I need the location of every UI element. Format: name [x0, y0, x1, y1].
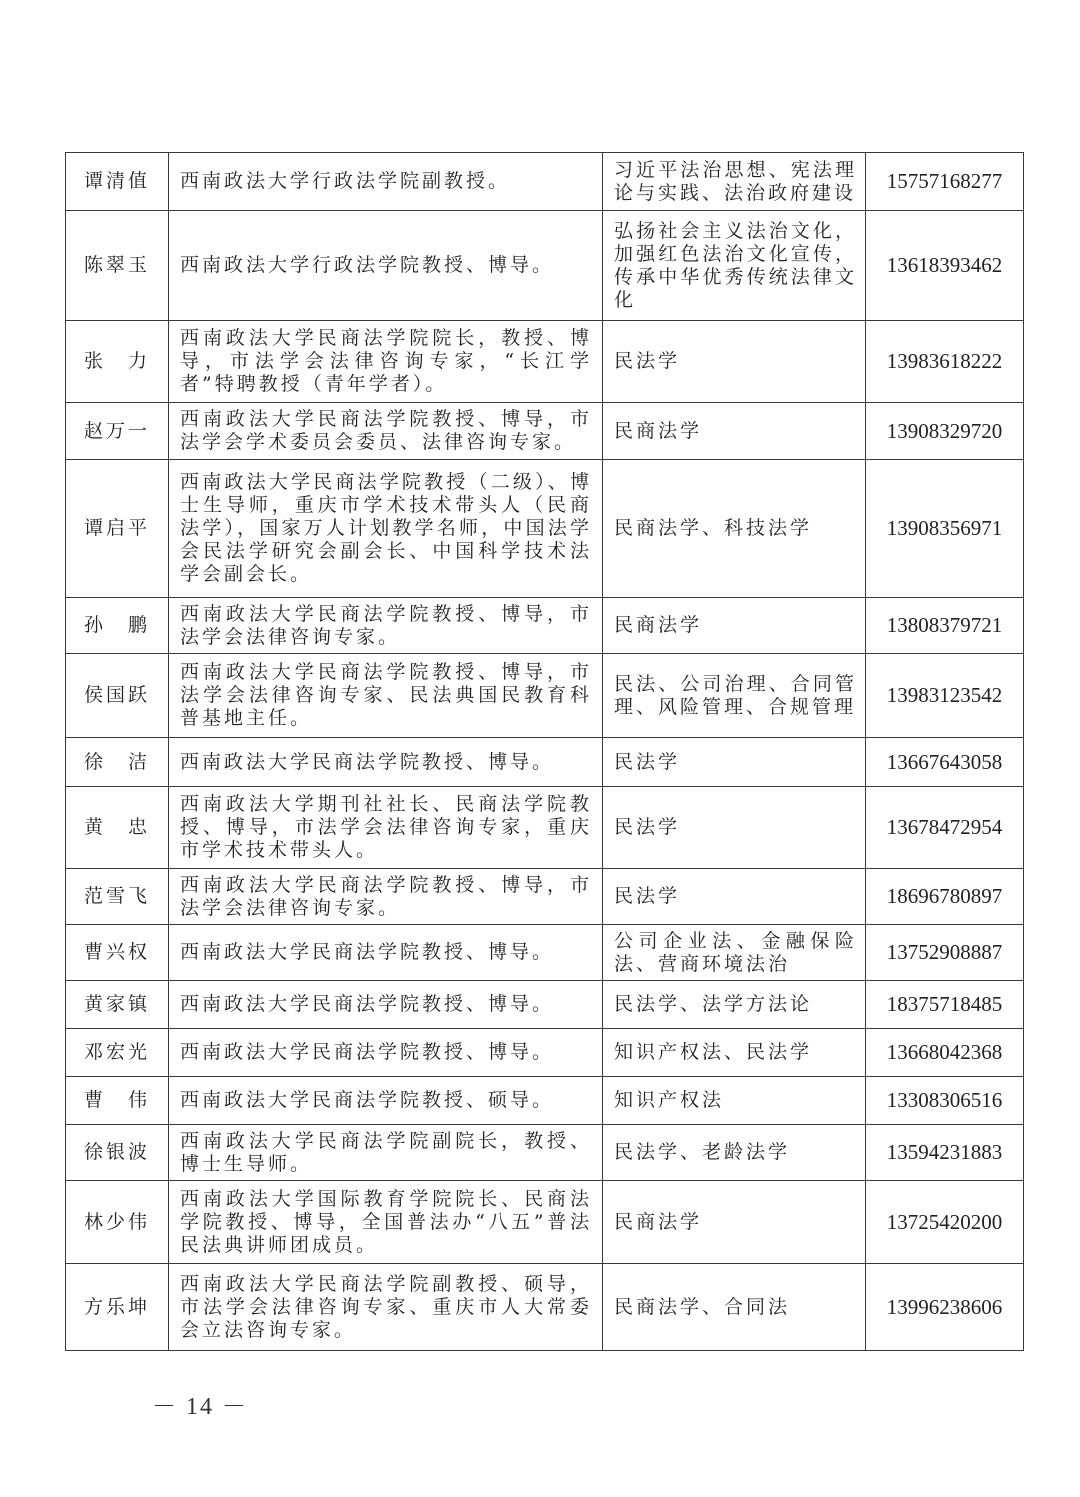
- expert-field-cell: 习近平法治思想、宪法理论与实践、法治政府建设: [603, 153, 866, 211]
- expert-field: 民法、公司治理、合同管理、风险管理、合规管理: [614, 673, 857, 718]
- expert-phone: 13618393462: [887, 253, 1003, 277]
- table-row: 孙 鹏 西南政法大学民商法学院教授、博导，市法学会法律咨询专家。 民商法学 13…: [66, 598, 1024, 654]
- expert-field: 民商法学: [614, 1211, 702, 1233]
- expert-name-cell: 谭启平: [66, 460, 169, 598]
- table-row: 侯国跃 西南政法大学民商法学院教授、博导，市法学会法律咨询专家、民法典国民教育科…: [66, 654, 1024, 738]
- expert-title: 西南政法大学民商法学院副教授、硕导，市法学会法律咨询专家、重庆市人大常委会立法咨…: [180, 1273, 592, 1341]
- table-row: 曹兴权 西南政法大学民商法学院教授、博导。 公司企业法、金融保险法、营商环境法治…: [66, 925, 1024, 981]
- expert-field-cell: 知识产权法: [603, 1077, 866, 1125]
- expert-phone: 13808379721: [887, 613, 1003, 637]
- expert-field-cell: 民法学、老龄法学: [603, 1125, 866, 1181]
- expert-title-cell: 西南政法大学民商法学院教授、博导，市法学会法律咨询专家、民法典国民教育科普基地主…: [169, 654, 603, 738]
- expert-phone-cell: 13808379721: [866, 598, 1024, 654]
- expert-phone-cell: 13983123542: [866, 654, 1024, 738]
- expert-title-cell: 西南政法大学民商法学院副院长，教授、博士生导师。: [169, 1125, 603, 1181]
- expert-field: 公司企业法、金融保险法、营商环境法治: [614, 930, 857, 975]
- table-row: 黄家镇 西南政法大学民商法学院教授、博导。 民法学、法学方法论 18375718…: [66, 981, 1024, 1029]
- expert-title: 西南政法大学民商法学院副院长，教授、博士生导师。: [180, 1130, 592, 1175]
- expert-phone-cell: 13308306516: [866, 1077, 1024, 1125]
- expert-title: 西南政法大学民商法学院教授、硕导。: [180, 1089, 554, 1111]
- expert-title-cell: 西南政法大学期刊社社长、民商法学院教授、博导，市法学会法律咨询专家，重庆市学术技…: [169, 787, 603, 869]
- expert-name: 张 力: [84, 350, 150, 372]
- expert-name: 曹 伟: [84, 1089, 150, 1111]
- expert-name: 赵万一: [84, 420, 150, 442]
- expert-name: 曹兴权: [84, 941, 150, 963]
- expert-phone: 13752908887: [887, 940, 1003, 964]
- expert-field-cell: 民商法学、科技法学: [603, 460, 866, 598]
- expert-field-cell: 公司企业法、金融保险法、营商环境法治: [603, 925, 866, 981]
- expert-name-cell: 曹 伟: [66, 1077, 169, 1125]
- expert-phone-cell: 13594231883: [866, 1125, 1024, 1181]
- expert-field-cell: 民法学: [603, 869, 866, 925]
- expert-phone: 18696780897: [887, 884, 1003, 908]
- expert-field-cell: 民法学: [603, 787, 866, 869]
- expert-phone-cell: 13908356971: [866, 460, 1024, 598]
- table-body: 谭清值 西南政法大学行政法学院副教授。 习近平法治思想、宪法理论与实践、法治政府…: [66, 153, 1024, 1351]
- expert-name-cell: 邓宏光: [66, 1029, 169, 1077]
- table-row: 徐银波 西南政法大学民商法学院副院长，教授、博士生导师。 民法学、老龄法学 13…: [66, 1125, 1024, 1181]
- expert-phone: 13678472954: [887, 815, 1003, 839]
- expert-field: 民法学: [614, 816, 680, 838]
- expert-title: 西南政法大学民商法学院教授、博导，市法学会法律咨询专家。: [180, 874, 592, 919]
- expert-field-cell: 知识产权法、民法学: [603, 1029, 866, 1077]
- expert-title: 西南政法大学民商法学院教授、博导。: [180, 941, 554, 963]
- expert-name-cell: 徐银波: [66, 1125, 169, 1181]
- expert-title: 西南政法大学期刊社社长、民商法学院教授、博导，市法学会法律咨询专家，重庆市学术技…: [180, 793, 592, 861]
- expert-field-cell: 民商法学: [603, 598, 866, 654]
- expert-name-cell: 陈翠玉: [66, 211, 169, 321]
- expert-name-cell: 赵万一: [66, 403, 169, 460]
- expert-field: 民法学、法学方法论: [614, 993, 812, 1015]
- expert-name-cell: 林少伟: [66, 1181, 169, 1264]
- expert-name-cell: 徐 洁: [66, 738, 169, 787]
- expert-phone: 13667643058: [887, 750, 1003, 774]
- expert-phone: 18375718485: [887, 992, 1003, 1016]
- expert-phone: 13983123542: [887, 683, 1003, 707]
- expert-name: 范雪飞: [84, 885, 150, 907]
- expert-field: 弘扬社会主义法治文化，加强红色法治文化宣传，传承中华优秀传统法律文化: [614, 220, 857, 311]
- expert-field-cell: 民法、公司治理、合同管理、风险管理、合规管理: [603, 654, 866, 738]
- expert-field: 民法学: [614, 751, 680, 773]
- expert-phone-cell: 15757168277: [866, 153, 1024, 211]
- page-number: － 14 －: [152, 1386, 248, 1421]
- expert-phone-cell: 13908329720: [866, 403, 1024, 460]
- expert-phone-cell: 18375718485: [866, 981, 1024, 1029]
- expert-phone: 13594231883: [887, 1140, 1003, 1164]
- table-row: 曹 伟 西南政法大学民商法学院教授、硕导。 知识产权法 13308306516: [66, 1077, 1024, 1125]
- expert-name-cell: 谭清值: [66, 153, 169, 211]
- expert-name: 谭启平: [84, 517, 150, 539]
- expert-title-cell: 西南政法大学国际教育学院院长、民商法学院教授、博导，全国普法办“八五”普法民法典…: [169, 1181, 603, 1264]
- expert-field: 民法学: [614, 350, 680, 372]
- expert-title-cell: 西南政法大学民商法学院教授、硕导。: [169, 1077, 603, 1125]
- expert-phone-cell: 18696780897: [866, 869, 1024, 925]
- expert-phone-cell: 13983618222: [866, 321, 1024, 403]
- expert-title: 西南政法大学民商法学院教授、博导。: [180, 1041, 554, 1063]
- expert-field: 习近平法治思想、宪法理论与实践、法治政府建设: [614, 159, 857, 204]
- expert-field-cell: 民法学、法学方法论: [603, 981, 866, 1029]
- expert-field: 民法学、老龄法学: [614, 1141, 790, 1163]
- expert-name: 方乐坤: [84, 1296, 150, 1318]
- expert-phone: 15757168277: [887, 169, 1003, 193]
- expert-name: 黄家镇: [84, 993, 150, 1015]
- expert-field-cell: 民商法学: [603, 403, 866, 460]
- expert-title-cell: 西南政法大学行政法学院副教授。: [169, 153, 603, 211]
- expert-phone-cell: 13996238606: [866, 1264, 1024, 1351]
- expert-title-cell: 西南政法大学民商法学院院长，教授、博导，市法学会法律咨询专家，“长江学者”特聘教…: [169, 321, 603, 403]
- table-row: 徐 洁 西南政法大学民商法学院教授、博导。 民法学 13667643058: [66, 738, 1024, 787]
- table-row: 张 力 西南政法大学民商法学院院长，教授、博导，市法学会法律咨询专家，“长江学者…: [66, 321, 1024, 403]
- expert-phone: 13908356971: [887, 516, 1003, 540]
- table-row: 邓宏光 西南政法大学民商法学院教授、博导。 知识产权法、民法学 13668042…: [66, 1029, 1024, 1077]
- expert-field: 民商法学: [614, 420, 702, 442]
- expert-name-cell: 孙 鹏: [66, 598, 169, 654]
- expert-field: 民商法学、合同法: [614, 1296, 790, 1318]
- table-row: 黄 忠 西南政法大学期刊社社长、民商法学院教授、博导，市法学会法律咨询专家，重庆…: [66, 787, 1024, 869]
- expert-name-cell: 黄家镇: [66, 981, 169, 1029]
- expert-phone: 13668042368: [887, 1040, 1003, 1064]
- expert-name: 陈翠玉: [84, 254, 150, 276]
- expert-title: 西南政法大学民商法学院教授、博导，市法学会法律咨询专家。: [180, 603, 592, 648]
- expert-title: 西南政法大学民商法学院教授、博导。: [180, 993, 554, 1015]
- table-row: 方乐坤 西南政法大学民商法学院副教授、硕导，市法学会法律咨询专家、重庆市人大常委…: [66, 1264, 1024, 1351]
- expert-title-cell: 西南政法大学行政法学院教授、博导。: [169, 211, 603, 321]
- expert-title: 西南政法大学国际教育学院院长、民商法学院教授、博导，全国普法办“八五”普法民法典…: [180, 1188, 592, 1256]
- expert-title-cell: 西南政法大学民商法学院教授、博导。: [169, 1029, 603, 1077]
- expert-field: 民商法学: [614, 614, 702, 636]
- expert-phone-cell: 13668042368: [866, 1029, 1024, 1077]
- expert-title-cell: 西南政法大学民商法学院教授（二级）、博士生导师，重庆市学术技术带头人（民商法学）…: [169, 460, 603, 598]
- expert-name-cell: 范雪飞: [66, 869, 169, 925]
- expert-contact-table: 谭清值 西南政法大学行政法学院副教授。 习近平法治思想、宪法理论与实践、法治政府…: [65, 152, 1024, 1351]
- table-row: 范雪飞 西南政法大学民商法学院教授、博导，市法学会法律咨询专家。 民法学 186…: [66, 869, 1024, 925]
- expert-name-cell: 黄 忠: [66, 787, 169, 869]
- expert-field-cell: 民法学: [603, 321, 866, 403]
- expert-phone-cell: 13618393462: [866, 211, 1024, 321]
- expert-title-cell: 西南政法大学民商法学院教授、博导，市法学会学术委员会委员、法律咨询专家。: [169, 403, 603, 460]
- expert-field-cell: 民商法学: [603, 1181, 866, 1264]
- expert-field: 知识产权法: [614, 1089, 724, 1111]
- expert-field: 民商法学、科技法学: [614, 517, 812, 539]
- expert-name-cell: 侯国跃: [66, 654, 169, 738]
- expert-field-cell: 弘扬社会主义法治文化，加强红色法治文化宣传，传承中华优秀传统法律文化: [603, 211, 866, 321]
- expert-name: 林少伟: [84, 1211, 150, 1233]
- expert-name: 孙 鹏: [84, 614, 150, 636]
- expert-title-cell: 西南政法大学民商法学院教授、博导，市法学会法律咨询专家。: [169, 869, 603, 925]
- table-row: 陈翠玉 西南政法大学行政法学院教授、博导。 弘扬社会主义法治文化，加强红色法治文…: [66, 211, 1024, 321]
- expert-title: 西南政法大学行政法学院教授、博导。: [180, 254, 554, 276]
- expert-title-cell: 西南政法大学民商法学院教授、博导。: [169, 981, 603, 1029]
- expert-field: 民法学: [614, 885, 680, 907]
- expert-phone: 13308306516: [887, 1088, 1003, 1112]
- expert-title-cell: 西南政法大学民商法学院副教授、硕导，市法学会法律咨询专家、重庆市人大常委会立法咨…: [169, 1264, 603, 1351]
- expert-field-cell: 民商法学、合同法: [603, 1264, 866, 1351]
- expert-phone: 13908329720: [887, 419, 1003, 443]
- expert-title-cell: 西南政法大学民商法学院教授、博导。: [169, 738, 603, 787]
- expert-phone: 13996238606: [887, 1295, 1003, 1319]
- expert-title: 西南政法大学行政法学院副教授。: [180, 170, 510, 192]
- expert-phone-cell: 13667643058: [866, 738, 1024, 787]
- table-row: 林少伟 西南政法大学国际教育学院院长、民商法学院教授、博导，全国普法办“八五”普…: [66, 1181, 1024, 1264]
- expert-title: 西南政法大学民商法学院院长，教授、博导，市法学会法律咨询专家，“长江学者”特聘教…: [180, 327, 592, 395]
- table-row: 谭清值 西南政法大学行政法学院副教授。 习近平法治思想、宪法理论与实践、法治政府…: [66, 153, 1024, 211]
- expert-field-cell: 民法学: [603, 738, 866, 787]
- expert-name: 徐 洁: [84, 751, 150, 773]
- expert-phone: 13725420200: [887, 1210, 1003, 1234]
- expert-title: 西南政法大学民商法学院教授、博导，市法学会学术委员会委员、法律咨询专家。: [180, 408, 592, 453]
- table-row: 谭启平 西南政法大学民商法学院教授（二级）、博士生导师，重庆市学术技术带头人（民…: [66, 460, 1024, 598]
- expert-phone: 13983618222: [887, 349, 1003, 373]
- expert-name-cell: 张 力: [66, 321, 169, 403]
- expert-title-cell: 西南政法大学民商法学院教授、博导，市法学会法律咨询专家。: [169, 598, 603, 654]
- expert-name: 谭清值: [84, 170, 150, 192]
- expert-phone-cell: 13678472954: [866, 787, 1024, 869]
- expert-title: 西南政法大学民商法学院教授、博导。: [180, 751, 554, 773]
- expert-name: 徐银波: [84, 1141, 150, 1163]
- table-row: 赵万一 西南政法大学民商法学院教授、博导，市法学会学术委员会委员、法律咨询专家。…: [66, 403, 1024, 460]
- expert-title: 西南政法大学民商法学院教授（二级）、博士生导师，重庆市学术技术带头人（民商法学）…: [180, 471, 592, 585]
- expert-name: 侯国跃: [84, 684, 150, 706]
- expert-phone-cell: 13725420200: [866, 1181, 1024, 1264]
- expert-phone-cell: 13752908887: [866, 925, 1024, 981]
- expert-name: 黄 忠: [84, 816, 150, 838]
- expert-title-cell: 西南政法大学民商法学院教授、博导。: [169, 925, 603, 981]
- expert-title: 西南政法大学民商法学院教授、博导，市法学会法律咨询专家、民法典国民教育科普基地主…: [180, 661, 592, 729]
- expert-name: 邓宏光: [84, 1041, 150, 1063]
- expert-field: 知识产权法、民法学: [614, 1041, 812, 1063]
- expert-name-cell: 方乐坤: [66, 1264, 169, 1351]
- expert-name-cell: 曹兴权: [66, 925, 169, 981]
